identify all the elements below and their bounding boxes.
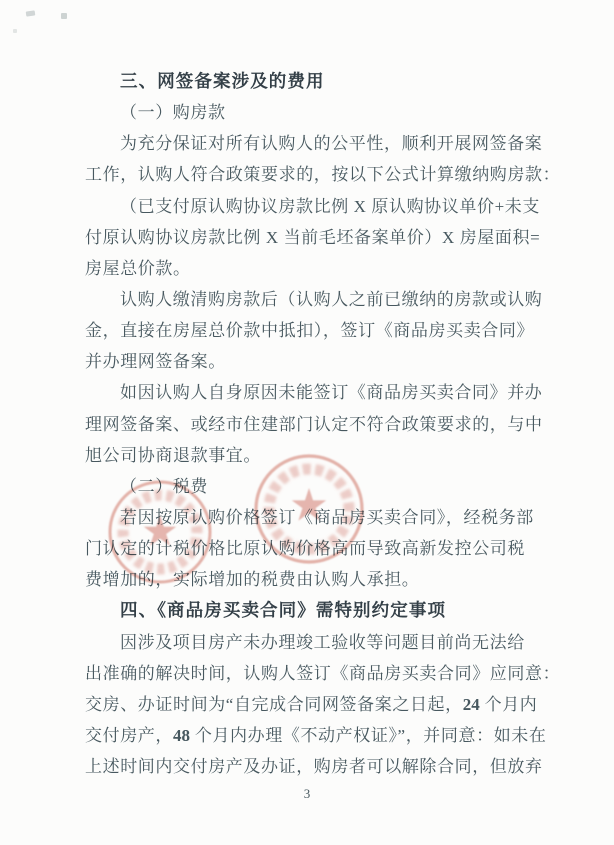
text-line: 金，直接在房屋总价款中抵扣），签订《商品房买卖合同》	[85, 315, 537, 346]
section-heading-3: 三、网签备案涉及的费用	[85, 66, 537, 97]
text-line: 若因按原认购价格签订《商品房买卖合同》，经税务部	[85, 502, 537, 533]
page-number: 3	[0, 786, 614, 802]
text-segment: 个月内办理《不动产权证》”，并同意：如未在	[190, 726, 547, 745]
text-line: 因涉及项目房产未办理竣工验收等问题目前尚无法给	[85, 627, 537, 658]
text-line: 理网签备案、或经市住建部门认定不符合政策要求的，与中	[85, 409, 537, 440]
text-line: 出准确的解决时间，认购人签订《商品房买卖合同》应同意：	[85, 658, 537, 689]
text-segment: 个月内	[480, 695, 538, 714]
subsection-heading: （一）购房款	[85, 97, 537, 128]
document-page: 三、网签备案涉及的费用 （一）购房款 为充分保证对所有认购人的公平性，顺利开展网…	[0, 0, 614, 845]
text-line: 交付房产，48 个月内办理《不动产权证》”，并同意：如未在	[85, 720, 537, 751]
text-line: 并办理网签备案。	[85, 346, 537, 377]
scan-artifact	[26, 10, 36, 16]
text-line: 上述时间内交付房产及办证，购房者可以解除合同，但放弃	[85, 751, 537, 782]
months-to-certificate: 48	[173, 726, 190, 745]
section-heading-4: 四、《商品房买卖合同》需特别约定事项	[85, 595, 537, 626]
text-line: 门认定的计税价格比原认购价格高而导致高新发控公司税	[85, 533, 537, 564]
text-line: （已支付原认购协议房款比例 X 原认购协议单价+未支	[85, 191, 537, 222]
text-line: 为充分保证对所有认购人的公平性，顺利开展网签备案	[85, 128, 537, 159]
scan-artifact	[13, 29, 17, 33]
months-to-delivery: 24	[463, 695, 480, 714]
text-segment: 交房、办证时间为“自完成合同网签备案之日起，	[85, 695, 463, 714]
document-body: 三、网签备案涉及的费用 （一）购房款 为充分保证对所有认购人的公平性，顺利开展网…	[85, 66, 537, 782]
text-line: 房屋总价款。	[85, 253, 537, 284]
subsection-heading: （二）税费	[85, 471, 537, 502]
text-line: 费增加的，实际增加的税费由认购人承担。	[85, 564, 537, 595]
scan-artifact	[61, 13, 67, 19]
text-line: 旭公司协商退款事宜。	[85, 440, 537, 471]
text-line: 认购人缴清购房款后（认购人之前已缴纳的房款或认购	[85, 284, 537, 315]
text-line: 交房、办证时间为“自完成合同网签备案之日起，24 个月内	[85, 689, 537, 720]
text-line: 工作，认购人符合政策要求的，按以下公式计算缴纳购房款：	[85, 159, 537, 190]
text-line: 付原认购协议房款比例 X 当前毛坯备案单价）X 房屋面积=	[85, 222, 537, 253]
text-line: 如因认购人自身原因未能签订《商品房买卖合同》并办	[85, 377, 537, 408]
text-segment: 交付房产，	[85, 726, 173, 745]
